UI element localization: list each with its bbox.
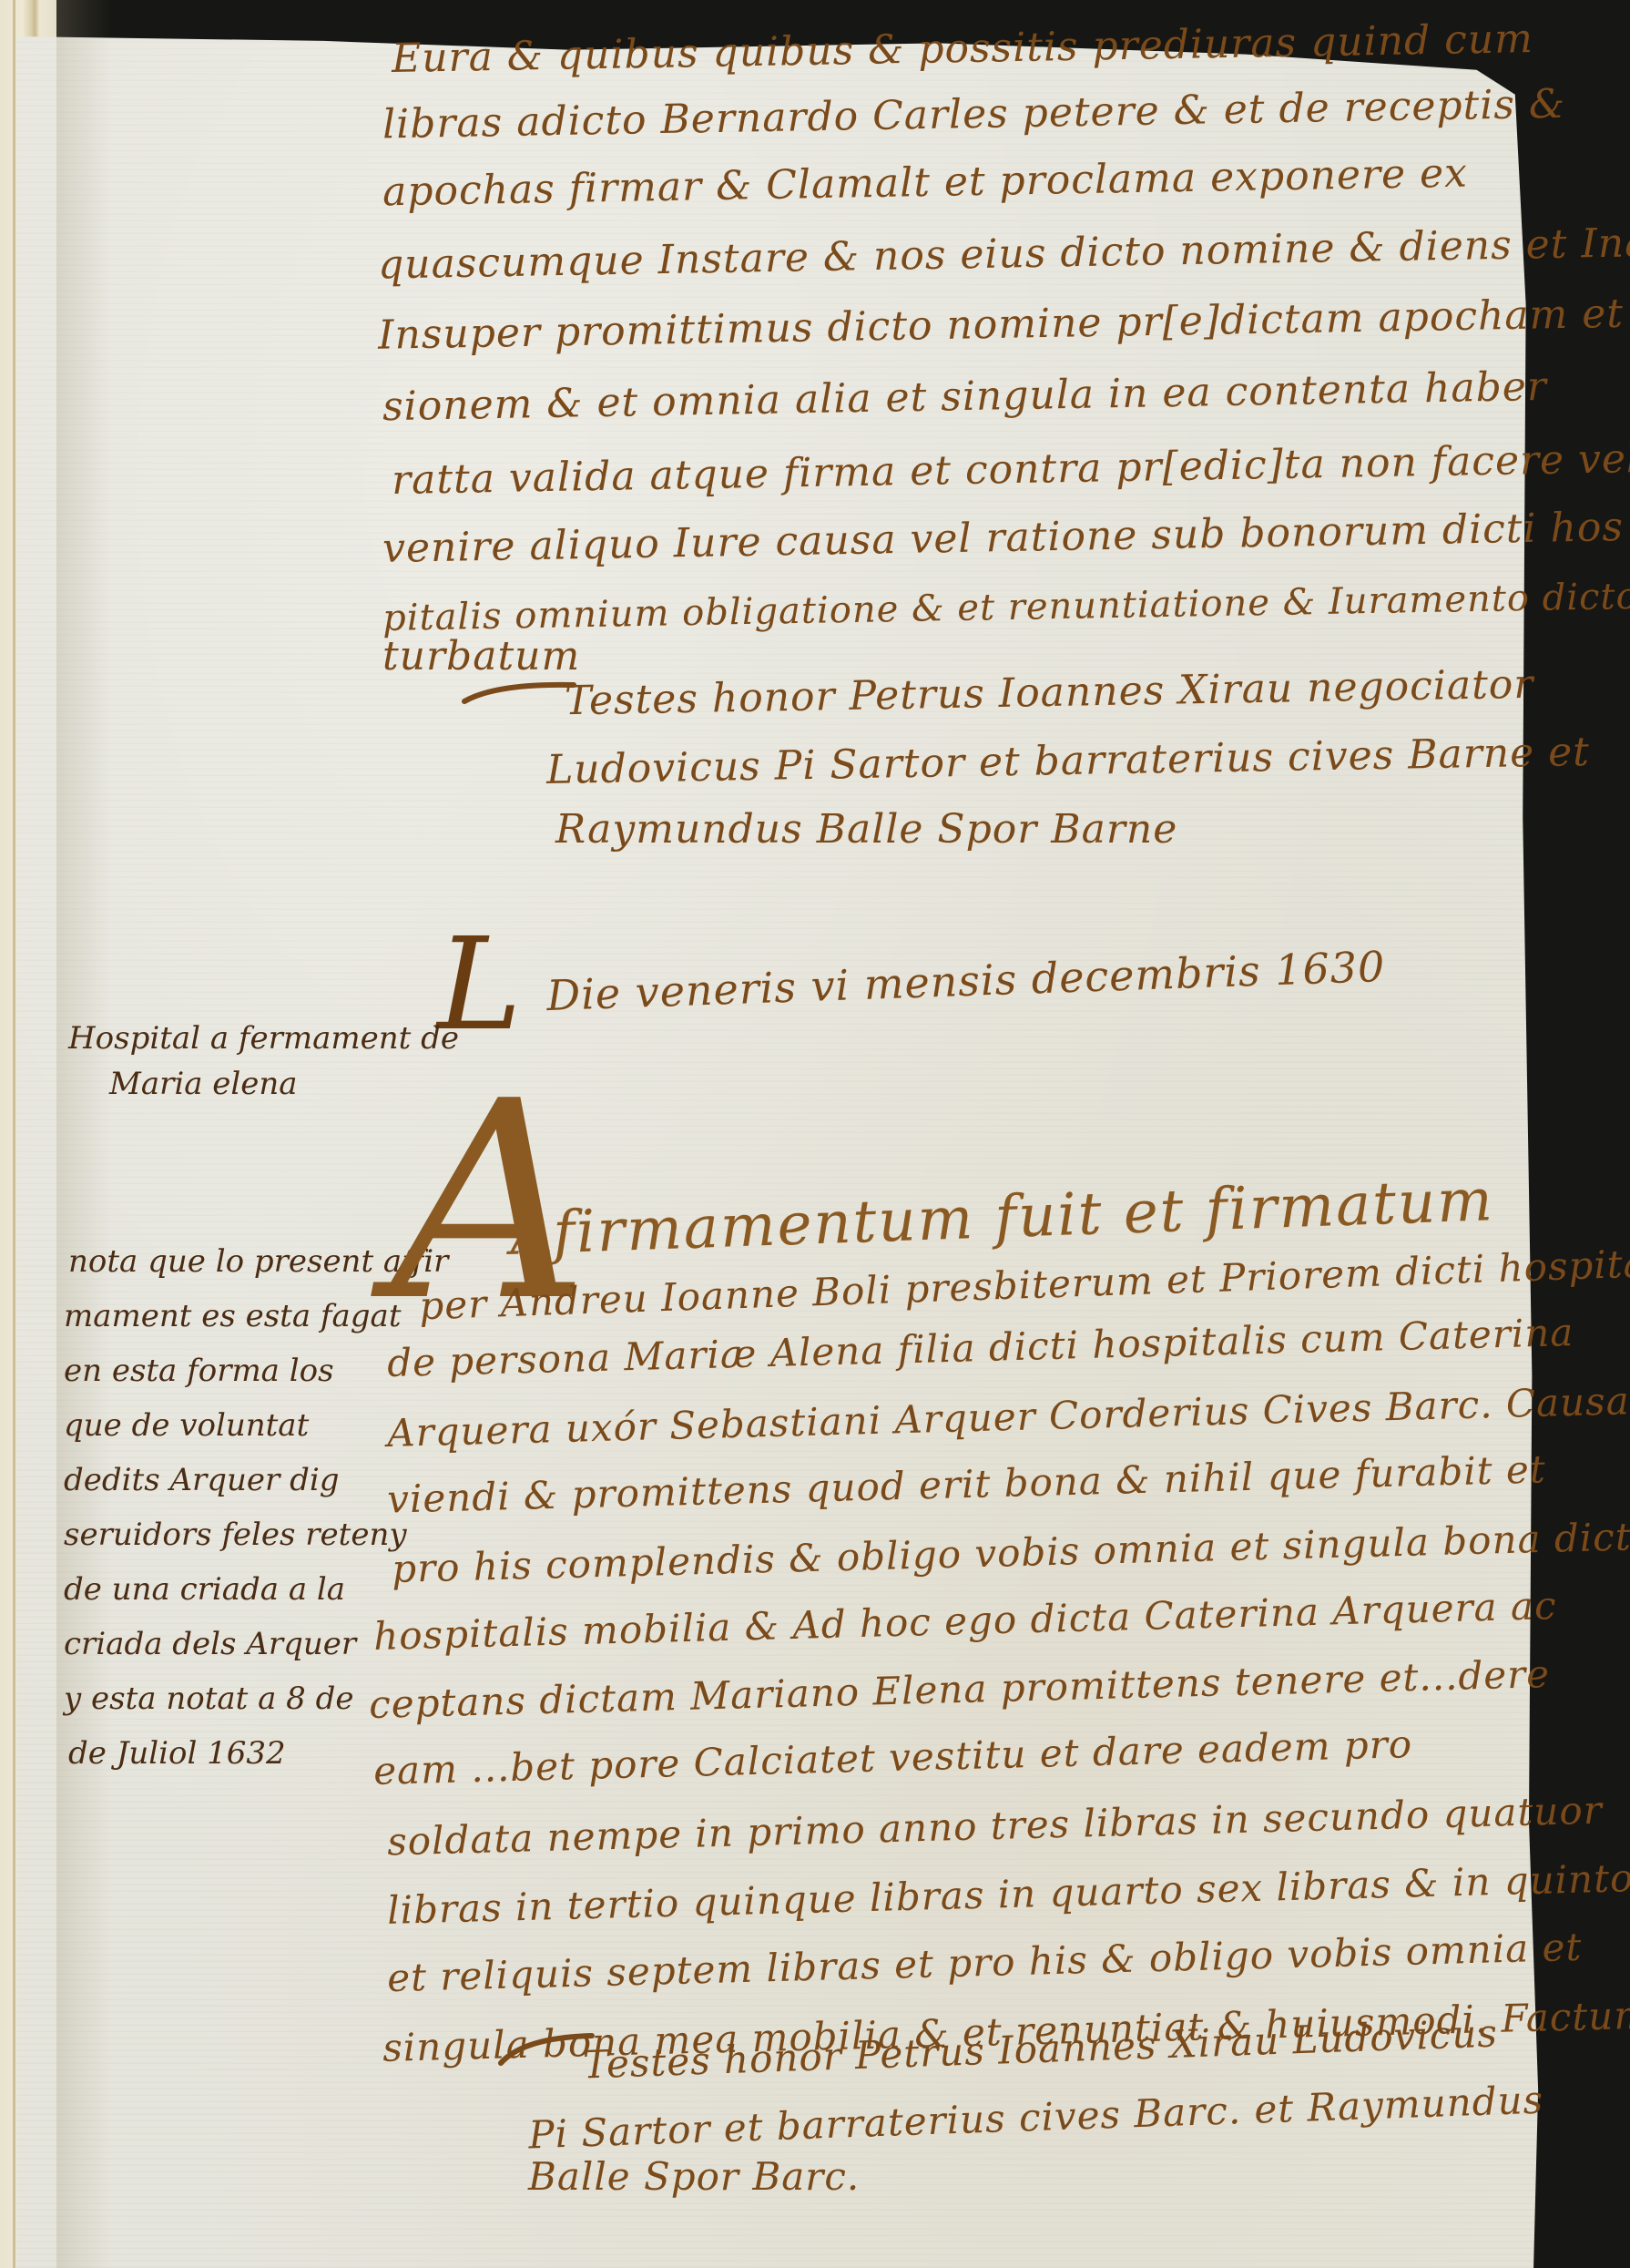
margin-note-line: dedits Arquer dig [64, 1462, 340, 1498]
margin-note-line: seruidors feles reteny [64, 1517, 407, 1553]
margin-note-line: de una criada a la [64, 1571, 345, 1608]
page-shadow [56, 0, 111, 2268]
witness-line: Raymundus Balle Spor Barne [555, 806, 1177, 853]
margin-note-line: en esta forma los [64, 1353, 334, 1389]
margin-note-line: mament es esta fagat [64, 1298, 401, 1334]
margin-note-line: criada dels Arquer [64, 1626, 356, 1662]
margin-note-line: que de voluntat [64, 1407, 309, 1444]
flourish-stroke [460, 674, 578, 710]
text-line: turbatum [382, 633, 580, 679]
margin-note-line: de Juliol 1632 [68, 1735, 286, 1772]
flourish-stroke [496, 2027, 596, 2072]
margin-note-line: y esta notat a 8 de [64, 1681, 354, 1717]
witness-line: Balle Spor Barc. [528, 2154, 860, 2199]
margin-title-line: Maria elena [109, 1066, 298, 1102]
binding-gutter [13, 0, 15, 2268]
